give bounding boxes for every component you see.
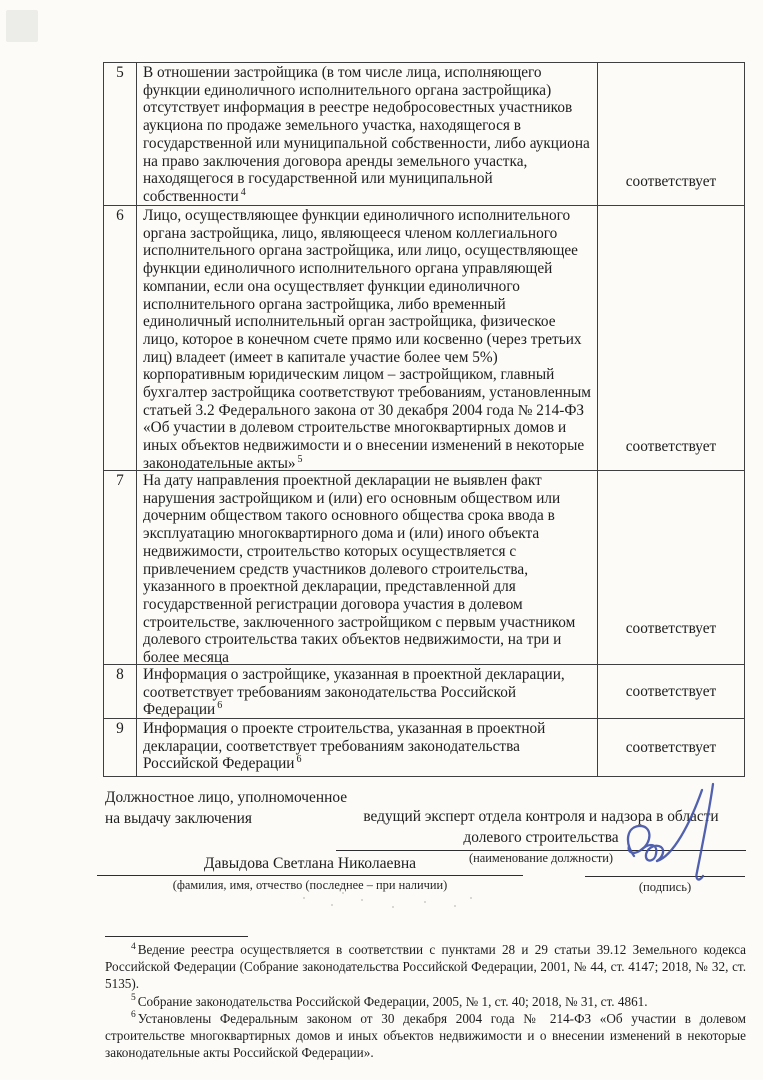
- requirement-text-body: Лицо, осуществляющее функции единоличног…: [143, 207, 591, 470]
- requirement-text: Информация о застройщике, указанная в пр…: [137, 665, 598, 718]
- row-number: 6: [104, 206, 137, 470]
- footnote-ref: 6: [217, 700, 222, 711]
- scan-speckle: [392, 906, 394, 908]
- official-label-line2: на выдачу заключения: [105, 808, 347, 829]
- requirement-text: На дату направления проектной декларации…: [137, 471, 598, 664]
- status-value: соответствует: [626, 683, 716, 701]
- footnote-text: Установлены Федеральным законом от 30 де…: [105, 1011, 746, 1060]
- scan-speckle: [361, 899, 363, 901]
- row-number: 7: [104, 471, 137, 664]
- requirement-text: В отношении застройщика (в том числе лиц…: [137, 63, 598, 205]
- scan-speckle: [470, 897, 472, 899]
- requirement-text-body: Информация о проекте строительства, указ…: [143, 720, 545, 772]
- official-label-line1: Должностное лицо, уполномоченное: [105, 787, 347, 808]
- requirement-text-body: На дату направления проектной декларации…: [143, 472, 575, 664]
- table-row: 5 В отношении застройщика (в том числе л…: [104, 63, 744, 206]
- handwritten-signature: [600, 782, 740, 887]
- scan-shadow-artifact: [6, 10, 38, 42]
- row-number: 9: [104, 719, 137, 776]
- footnote-marker: 4: [131, 942, 136, 952]
- footnote-6: 6Установлены Федеральным законом от 30 д…: [105, 1010, 746, 1062]
- footnote-text: Ведение реестра осуществляется в соответ…: [105, 942, 746, 991]
- compliance-table: 5 В отношении застройщика (в том числе л…: [103, 62, 745, 777]
- status-cell: соответствует: [598, 471, 744, 664]
- requirement-text: Лицо, осуществляющее функции единоличног…: [137, 206, 598, 470]
- footnote-ref: 6: [296, 754, 301, 765]
- status-cell: соответствует: [598, 665, 744, 718]
- row-number: 5: [104, 63, 137, 205]
- status-value: соответствует: [626, 438, 716, 456]
- footnote-ref: 4: [241, 187, 246, 198]
- footnote-marker: 5: [131, 993, 136, 1003]
- scan-speckle: [342, 892, 344, 894]
- status-value: соответствует: [626, 739, 716, 757]
- official-name: Давыдова Светлана Николаевна: [97, 855, 523, 876]
- footnote-text: Собрание законодательства Российской Фед…: [138, 994, 648, 1009]
- footnote-separator: [105, 936, 248, 937]
- footnote-5: 5Собрание законодательства Российской Фе…: [105, 993, 746, 1010]
- footnotes: 4Ведение реестра осуществляется в соотве…: [105, 941, 746, 1061]
- table-row: 9 Информация о проекте строительства, ук…: [104, 719, 744, 776]
- status-value: соответствует: [626, 620, 716, 638]
- footnote-4: 4Ведение реестра осуществляется в соотве…: [105, 941, 746, 993]
- official-label: Должностное лицо, уполномоченное на выда…: [105, 787, 347, 829]
- status-cell: соответствует: [598, 719, 744, 776]
- table-row: 8 Информация о застройщике, указанная в …: [104, 665, 744, 719]
- status-cell: соответствует: [598, 206, 744, 470]
- status-cell: соответствует: [598, 63, 744, 205]
- requirement-text-body: Информация о застройщике, указанная в пр…: [143, 666, 565, 718]
- scan-speckle: [303, 897, 305, 899]
- footnote-ref: 5: [298, 454, 303, 465]
- table-row: 6 Лицо, осуществляющее функции единоличн…: [104, 206, 744, 471]
- status-value: соответствует: [626, 173, 716, 191]
- footnote-marker: 6: [131, 1010, 136, 1020]
- scan-speckle: [454, 905, 456, 907]
- table-row: 7 На дату направления проектной декларац…: [104, 471, 744, 665]
- requirement-text: Информация о проекте строительства, указ…: [137, 719, 598, 776]
- scan-speckle: [424, 901, 426, 903]
- scan-speckle: [331, 904, 333, 906]
- row-number: 8: [104, 665, 137, 718]
- requirement-text-body: В отношении застройщика (в том числе лиц…: [143, 64, 590, 205]
- name-caption: (фамилия, имя, отчество (последнее – при…: [97, 878, 523, 893]
